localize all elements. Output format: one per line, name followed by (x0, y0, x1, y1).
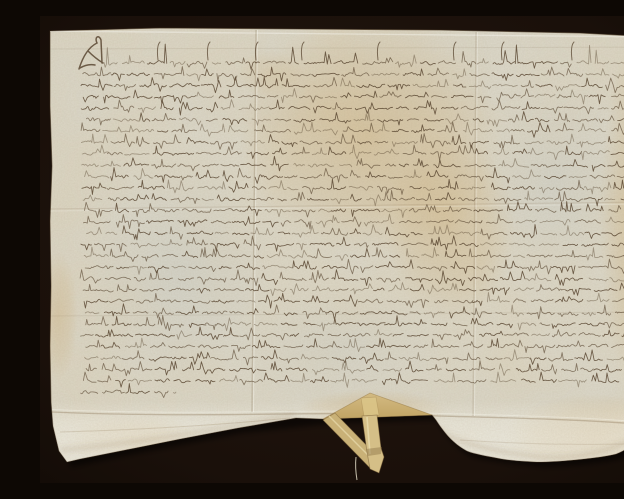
ribbon-on-plica (361, 397, 379, 416)
parchment-grain (40, 16, 624, 483)
parchment-sheet (40, 16, 624, 483)
parchment-charter-svg: Photograph of a medieval parchment chart… (40, 16, 624, 483)
manuscript-photograph: Photograph of a medieval parchment chart… (40, 16, 624, 483)
